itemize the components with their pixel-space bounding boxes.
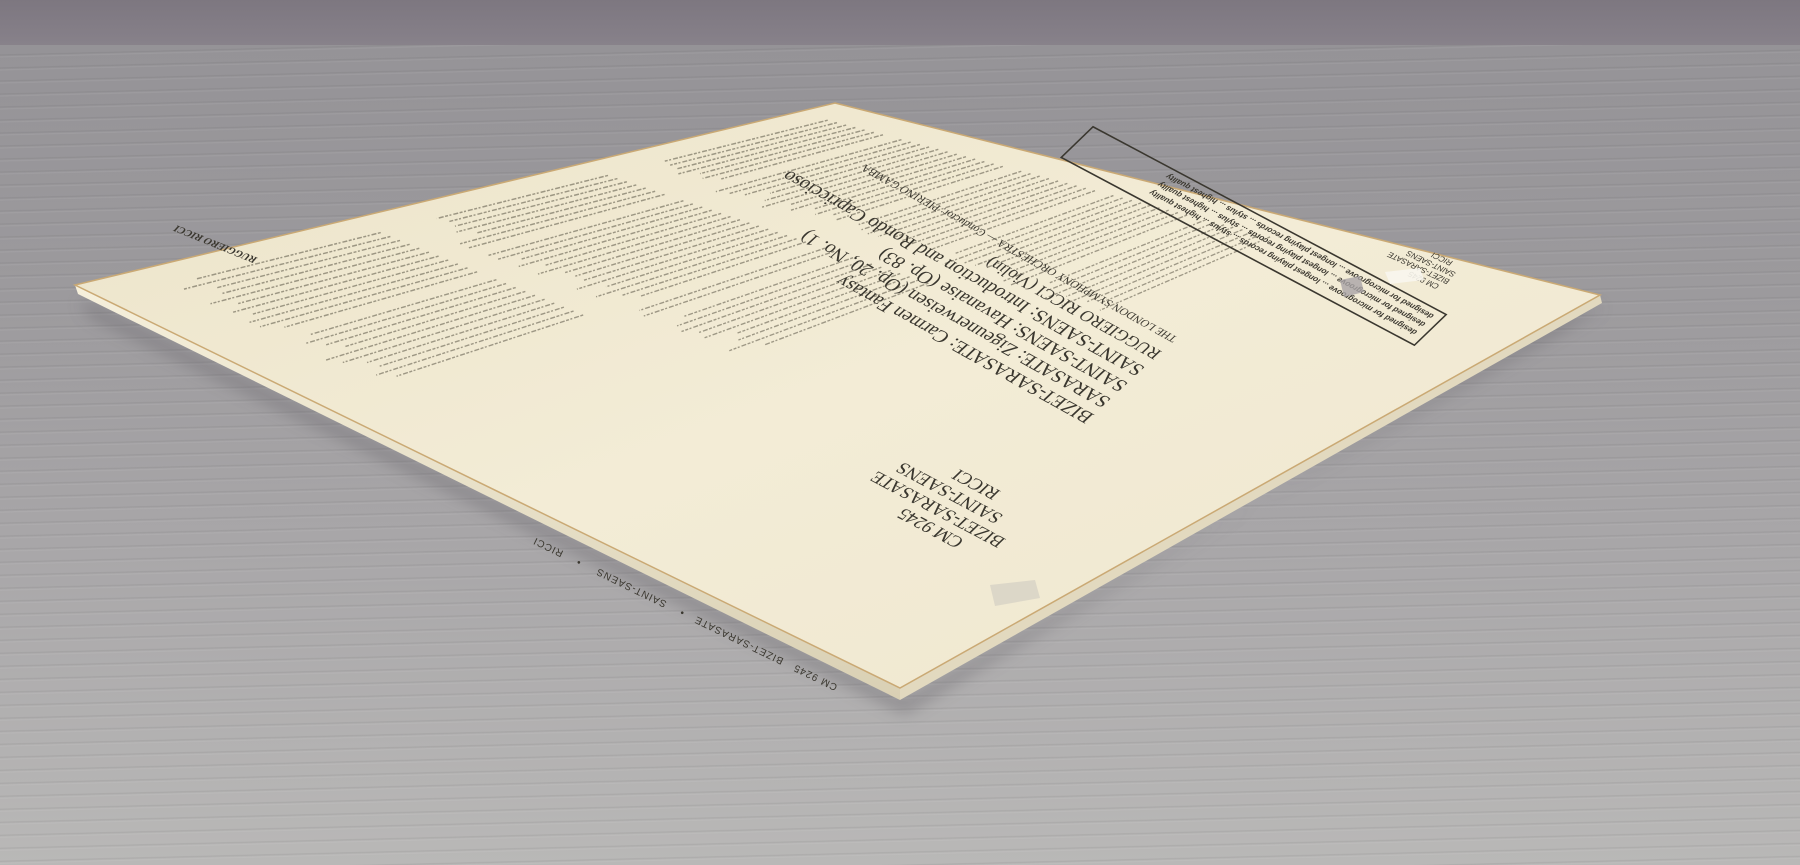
- record-sleeve-scene: BIZET-SARASATE: Carmen Fantasy SARASATE:…: [0, 0, 1800, 865]
- svg-text:•: •: [575, 556, 583, 568]
- svg-text:•: •: [678, 606, 686, 618]
